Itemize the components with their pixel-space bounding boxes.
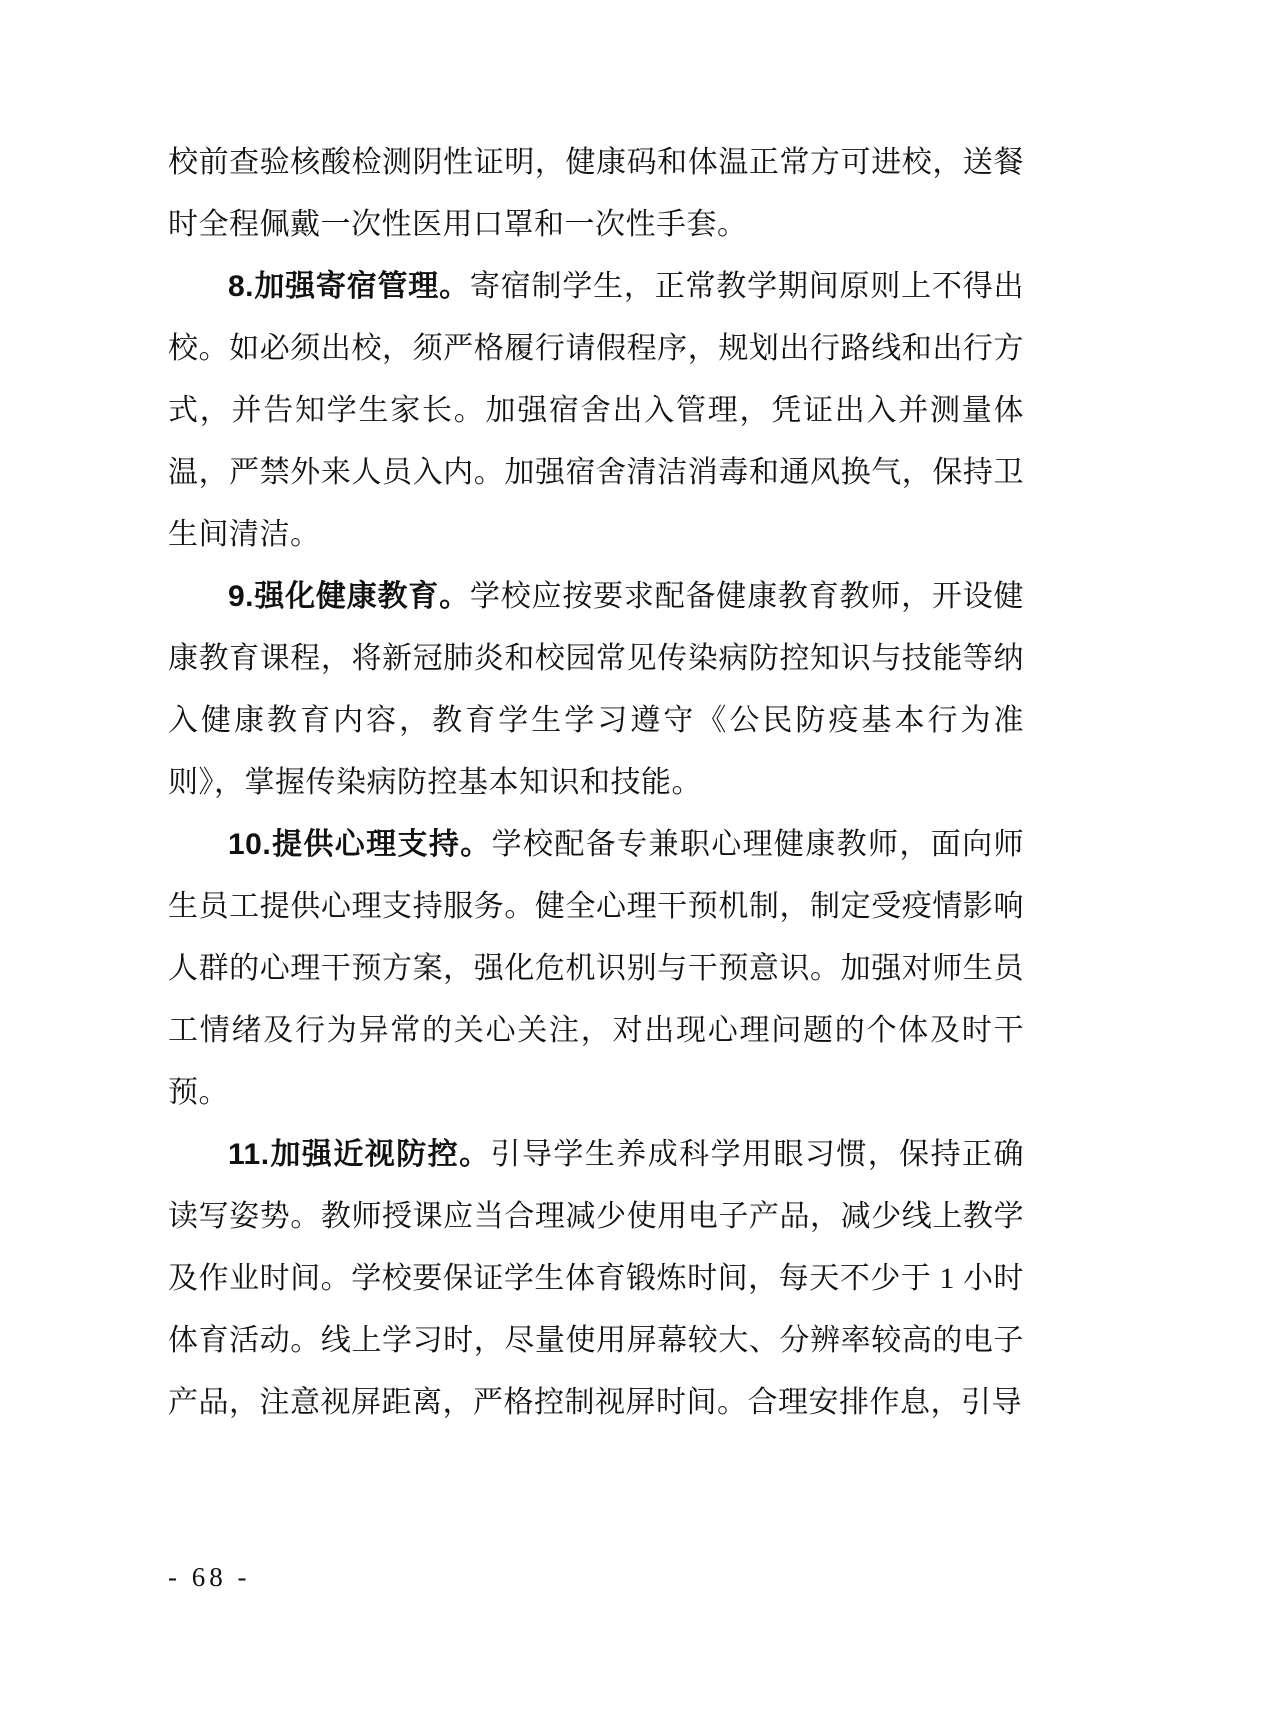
paragraph-text: 引导学生养成科学用眼习惯，保持正确读写姿势。教师授课应当合理减少使用电子产品，减… xyxy=(168,1138,1024,1419)
paragraph-heading: 9.强化健康教育。 xyxy=(228,580,470,613)
page-number: - 68 - xyxy=(168,1562,250,1593)
paragraph-continuation: 校前查验核酸检测阴性证明，健康码和体温正常方可进校，送餐时全程佩戴一次性医用口罩… xyxy=(168,132,1024,256)
paragraph-section-11: 11.加强近视防控。引导学生养成科学用眼习惯，保持正确读写姿势。教师授课应当合理… xyxy=(168,1124,1024,1434)
paragraph-heading: 11.加强近视防控。 xyxy=(228,1138,491,1171)
paragraph-heading: 10.提供心理支持。 xyxy=(228,828,492,861)
paragraph-text: 校前查验核酸检测阴性证明，健康码和体温正常方可进校，送餐时全程佩戴一次性医用口罩… xyxy=(168,146,1024,241)
paragraph-section-10: 10.提供心理支持。学校配备专兼职心理健康教师，面向师生员工提供心理支持服务。健… xyxy=(168,814,1024,1124)
paragraph-text: 寄宿制学生，正常教学期间原则上不得出校。如必须出校，须严格履行请假程序，规划出行… xyxy=(168,270,1024,551)
paragraph-section-9: 9.强化健康教育。学校应按要求配备健康教育教师，开设健康教育课程，将新冠肺炎和校… xyxy=(168,566,1024,814)
paragraph-text: 学校配备专兼职心理健康教师，面向师生员工提供心理支持服务。健全心理干预机制，制定… xyxy=(168,828,1024,1109)
document-body: 校前查验核酸检测阴性证明，健康码和体温正常方可进校，送餐时全程佩戴一次性医用口罩… xyxy=(168,132,1024,1434)
paragraph-section-8: 8.加强寄宿管理。寄宿制学生，正常教学期间原则上不得出校。如必须出校，须严格履行… xyxy=(168,256,1024,566)
document-page: 校前查验核酸检测阴性证明，健康码和体温正常方可进校，送餐时全程佩戴一次性医用口罩… xyxy=(0,0,1280,1736)
paragraph-heading: 8.加强寄宿管理。 xyxy=(228,270,470,303)
